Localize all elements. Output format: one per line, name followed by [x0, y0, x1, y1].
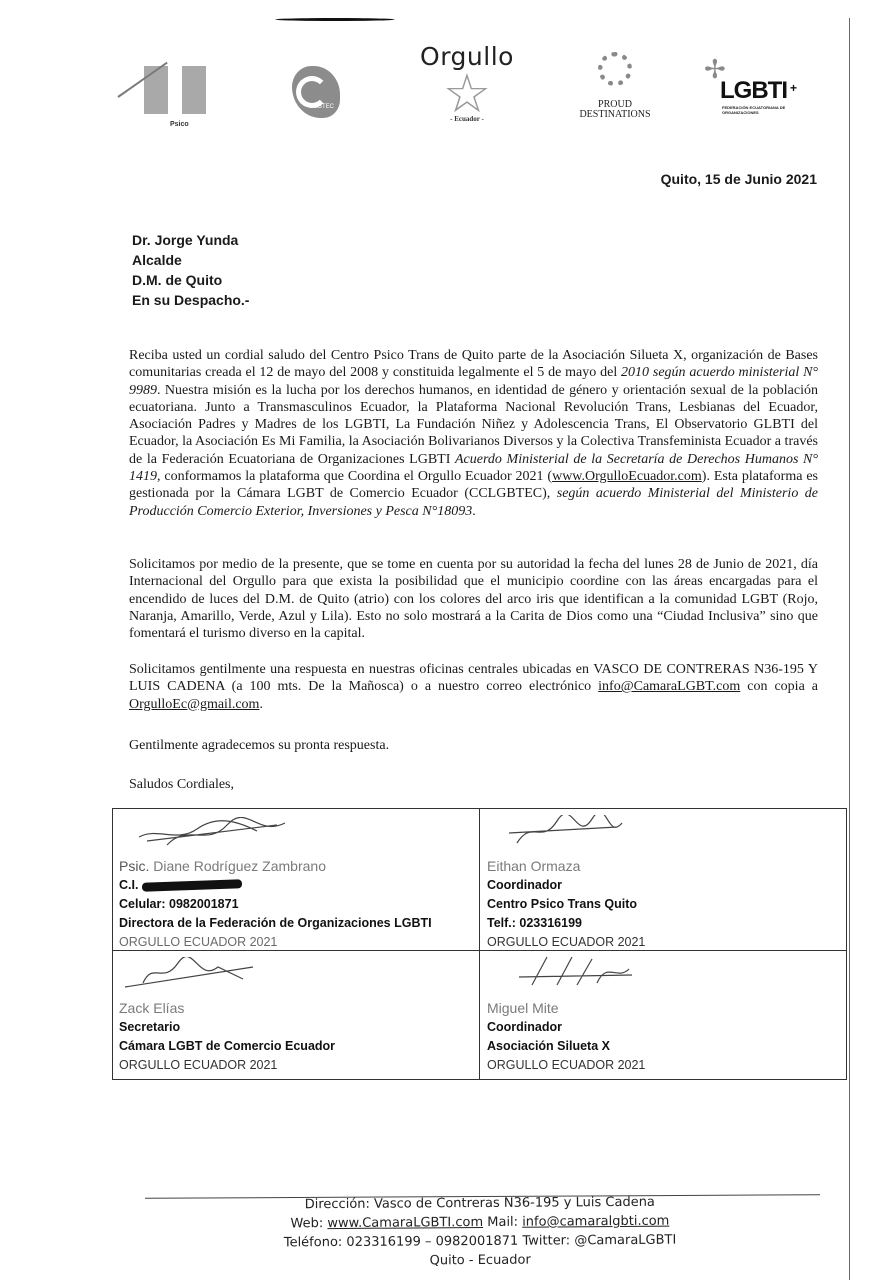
psico-logo-caption: Psico [170, 121, 189, 128]
signer-organization: Asociación Silueta X [487, 1037, 645, 1056]
signature-table: Psic. Diane Rodríguez Zambrano C.I. Celu… [112, 808, 847, 1080]
signer-phone: Celular: 0982001871 [119, 895, 432, 914]
orgullo-website-link[interactable]: www.OrgulloEcuador.com [552, 469, 702, 484]
signer-role: Coordinador [487, 876, 645, 895]
scan-smudge [275, 18, 395, 21]
recipient-block: Dr. Jorge Yunda Alcalde D.M. de Quito En… [132, 230, 249, 310]
signature-scribble-icon [137, 817, 287, 849]
footer-email-link[interactable]: info@camaralgbti.com [522, 1214, 669, 1230]
signer-org: ORGULLO ECUADOR 2021 [119, 933, 432, 952]
table-divider-vertical [479, 809, 480, 1079]
footer-website-link[interactable]: www.CamaraLGBTI.com [327, 1215, 483, 1231]
recipient-name: Dr. Jorge Yunda [132, 230, 249, 250]
psico-logo-block [182, 66, 206, 114]
psico-logo: Psico [118, 66, 228, 136]
signer-prefix: Psic. [119, 858, 153, 874]
signer-org: ORGULLO ECUADOR 2021 [487, 1056, 645, 1075]
signer-role: Secretario [119, 1018, 335, 1037]
signer-organization: Cámara LGBT de Comercio Ecuador [119, 1037, 335, 1056]
p2-text: Solicitamos por medio de la presente, qu… [129, 556, 818, 642]
p1-text-c: , conformamos la plataforma que Coordina… [157, 469, 552, 484]
signature-cell-diane: Psic. Diane Rodríguez Zambrano C.I. Celu… [119, 857, 432, 952]
body-paragraph-3: Solicitamos gentilmente una respuesta en… [129, 661, 818, 713]
body-paragraph-1: Reciba usted un cordial saludo del Centr… [129, 347, 818, 520]
lgbti-logo-plus: + [790, 81, 797, 95]
signer-name: Eithan Ormaza [487, 857, 645, 876]
page-edge-line [849, 18, 850, 1280]
signer-name: Zack Elías [119, 999, 335, 1018]
lgbti-logo-subtitle: Federación Ecuatoriana de Organizaciones [722, 105, 792, 115]
lgbtec-logo-caption: LGBTEC [310, 104, 334, 110]
signer-name: Diane Rodríguez Zambrano [153, 858, 326, 874]
star-logo-icon: ☆ [412, 69, 522, 119]
p3-text-c: . [259, 697, 263, 712]
lgbti-federation-logo: ✢ LGBTI + Federación Ecuatoriana de Orga… [698, 55, 808, 125]
body-paragraph-2: Solicitamos por medio de la presente, qu… [129, 556, 818, 642]
proud-logo-caption-2: DESTINATIONS [575, 110, 655, 120]
mandala-logo-icon [598, 52, 632, 86]
signer-role: Directora de la Federación de Organizaci… [119, 914, 432, 933]
signature-scribble-icon [123, 957, 263, 989]
signature-scribble-icon [517, 955, 637, 987]
footer-city: Quito - Ecuador [130, 1249, 830, 1273]
letterhead-footer: Dirección: Vasco de Contreras N36-195 y … [130, 1192, 831, 1273]
p1-text-e: . [472, 504, 476, 519]
orgullo-logo-caption: - Ecuador - [412, 115, 522, 123]
signer-name: Miguel Mite [487, 999, 645, 1018]
letter-date: Quito, 15 de Junio 2021 [661, 171, 817, 187]
recipient-institution: D.M. de Quito [132, 270, 249, 290]
orgullo-email-link[interactable]: OrgulloEc@gmail.com [129, 697, 259, 712]
signature-scribble-icon [507, 815, 627, 847]
signer-organization: Centro Psico Trans Quito [487, 895, 645, 914]
psico-logo-icon [144, 66, 168, 114]
redacted-id [142, 879, 242, 891]
lgbti-logo-word: LGBTI [720, 77, 787, 105]
signature-cell-eithan: Eithan Ormaza Coordinador Centro Psico T… [487, 857, 645, 952]
closing-salutation: Saludos Cordiales, [129, 776, 818, 793]
signer-role: Coordinador [487, 1018, 645, 1037]
signature-cell-zack: Zack Elías Secretario Cámara LGBT de Com… [119, 999, 335, 1075]
proud-destinations-logo: PROUD DESTINATIONS [575, 52, 655, 134]
signature-cell-miguel: Miguel Mite Coordinador Asociación Silue… [487, 999, 645, 1075]
footer-mail-label: Mail: [483, 1215, 522, 1230]
p3-text-b: con copia a [740, 679, 818, 694]
signer-org: ORGULLO ECUADOR 2021 [487, 933, 645, 952]
signer-org: ORGULLO ECUADOR 2021 [119, 1056, 335, 1075]
recipient-office: En su Despacho.- [132, 290, 249, 310]
orgullo-ecuador-logo: Orgullo ☆ - Ecuador - [412, 42, 522, 152]
signer-phone: Telf.: 023316199 [487, 914, 645, 933]
camara-email-link[interactable]: info@CamaraLGBT.com [598, 679, 740, 694]
recipient-title: Alcalde [132, 250, 249, 270]
ci-label: C.I. [119, 878, 138, 892]
lgbtec-logo: LGBTEC [288, 66, 348, 120]
footer-web-label: Web: [290, 1216, 327, 1231]
body-paragraph-4: Gentilmente agradecemos su pronta respue… [129, 737, 818, 754]
